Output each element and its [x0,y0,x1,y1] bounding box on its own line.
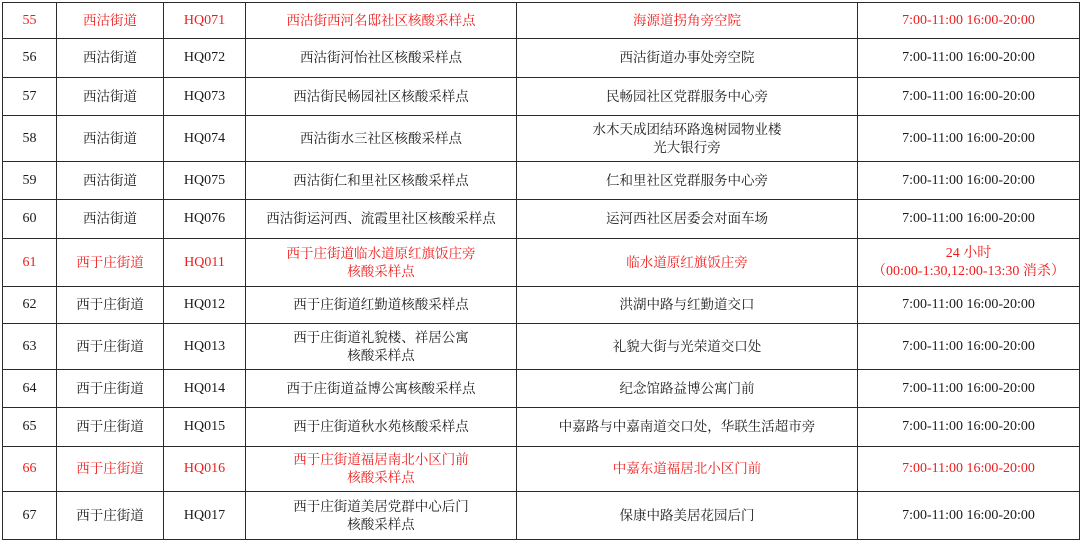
street-name-text: 西沽街道 [83,13,137,29]
service-hours-line: 7:00-11:00 16:00-20:00 [860,507,1077,525]
site-name: 西沽街仁和里社区核酸采样点 [246,162,517,200]
site-code: HQ074 [164,116,246,162]
street-name: 西沽街道 [57,78,164,116]
site-address: 水木天成团结环路逸树园物业楼光大银行旁 [517,116,858,162]
site-address-line: 仁和里社区党群服务中心旁 [519,172,855,190]
site-address: 运河西社区居委会对面车场 [517,200,858,239]
row-number-text: 62 [23,297,37,312]
site-address-line: 礼貌大街与光荣道交口处 [519,338,855,356]
site-code: HQ071 [164,3,246,39]
service-hours-line: 7:00-11:00 16:00-20:00 [860,130,1077,148]
service-hours: 24 小时（00:00-1:30,12:00-13:30 消杀） [858,239,1080,287]
row-number: 62 [3,287,57,324]
service-hours-line: 24 小时 [860,245,1077,263]
street-name: 西于庄街道 [57,370,164,408]
service-hours-line: 7:00-11:00 16:00-20:00 [860,418,1077,436]
site-address-line: 民畅园社区党群服务中心旁 [519,88,855,106]
service-hours-line: 7:00-11:00 16:00-20:00 [860,12,1077,30]
row-number-text: 63 [23,339,37,354]
site-code: HQ012 [164,287,246,324]
site-name-line: 西于庄街道美居党群中心后门 [248,498,514,516]
site-name-line: 西沽街水三社区核酸采样点 [248,130,514,148]
service-hours: 7:00-11:00 16:00-20:00 [858,39,1080,78]
site-name-line: 西沽街河怡社区核酸采样点 [248,49,514,67]
table-row: 59 西沽街道 HQ075 西沽街仁和里社区核酸采样点 仁和里社区党群服务中心旁… [3,162,1080,200]
service-hours: 7:00-11:00 16:00-20:00 [858,200,1080,239]
street-name-text: 西于庄街道 [76,508,144,524]
row-number-text: 59 [23,173,37,188]
service-hours-line: 7:00-11:00 16:00-20:00 [860,88,1077,106]
row-number: 60 [3,200,57,239]
site-address-line: 纪念馆路益博公寓门前 [519,380,855,398]
site-address: 保康中路美居花园后门 [517,492,858,540]
site-address: 中嘉路与中嘉南道交口处，华联生活超市旁 [517,408,858,447]
site-code-text: HQ015 [184,419,225,434]
table-row: 64 西于庄街道 HQ014 西于庄街道益博公寓核酸采样点 纪念馆路益博公寓门前… [3,370,1080,408]
site-name-line: 西于庄街道临水道原红旗饭庄旁 [248,245,514,263]
service-hours: 7:00-11:00 16:00-20:00 [858,324,1080,370]
table-row: 66 西于庄街道 HQ016 西于庄街道福居南北小区门前核酸采样点 中嘉东道福居… [3,447,1080,492]
row-number-text: 66 [23,461,37,476]
row-number-text: 67 [23,508,37,523]
site-address-line: 中嘉东道福居北小区门前 [519,460,855,478]
site-name: 西沽街西河名邸社区核酸采样点 [246,3,517,39]
site-code-text: HQ012 [184,297,225,312]
site-code: HQ011 [164,239,246,287]
site-name-line: 核酸采样点 [248,469,514,487]
table-row: 56 西沽街道 HQ072 西沽街河怡社区核酸采样点 西沽街道办事处旁空院 7:… [3,39,1080,78]
street-name: 西于庄街道 [57,408,164,447]
site-code: HQ076 [164,200,246,239]
site-name: 西沽街河怡社区核酸采样点 [246,39,517,78]
street-name: 西沽街道 [57,3,164,39]
site-name-line: 西于庄街道福居南北小区门前 [248,451,514,469]
site-code: HQ073 [164,78,246,116]
site-code-text: HQ071 [184,13,225,28]
row-number: 66 [3,447,57,492]
service-hours-line: 7:00-11:00 16:00-20:00 [860,172,1077,190]
table-row: 57 西沽街道 HQ073 西沽街民畅园社区核酸采样点 民畅园社区党群服务中心旁… [3,78,1080,116]
street-name: 西于庄街道 [57,492,164,540]
street-name: 西沽街道 [57,200,164,239]
site-code: HQ016 [164,447,246,492]
site-name-line: 西于庄街道益博公寓核酸采样点 [248,380,514,398]
row-number-text: 60 [23,211,37,226]
site-name-line: 核酸采样点 [248,347,514,365]
service-hours-line: 7:00-11:00 16:00-20:00 [860,338,1077,356]
service-hours-line: 7:00-11:00 16:00-20:00 [860,296,1077,314]
service-hours-line: 7:00-11:00 16:00-20:00 [860,460,1077,478]
row-number: 64 [3,370,57,408]
site-code-text: HQ016 [184,461,225,476]
table-row: 67 西于庄街道 HQ017 西于庄街道美居党群中心后门核酸采样点 保康中路美居… [3,492,1080,540]
service-hours: 7:00-11:00 16:00-20:00 [858,162,1080,200]
site-name: 西沽街水三社区核酸采样点 [246,116,517,162]
table-row: 65 西于庄街道 HQ015 西于庄街道秋水苑核酸采样点 中嘉路与中嘉南道交口处… [3,408,1080,447]
street-name-text: 西沽街道 [83,50,137,66]
row-number-text: 61 [23,255,37,270]
site-address-line: 保康中路美居花园后门 [519,507,855,525]
site-code-text: HQ073 [184,89,225,104]
site-name-line: 西沽街仁和里社区核酸采样点 [248,172,514,190]
row-number: 67 [3,492,57,540]
site-address: 临水道原红旗饭庄旁 [517,239,858,287]
site-name: 西于庄街道秋水苑核酸采样点 [246,408,517,447]
site-code: HQ014 [164,370,246,408]
street-name: 西沽街道 [57,116,164,162]
site-address: 仁和里社区党群服务中心旁 [517,162,858,200]
row-number-text: 58 [23,131,37,146]
site-address-line: 光大银行旁 [519,139,855,157]
row-number: 59 [3,162,57,200]
site-name: 西于庄街道红勤道核酸采样点 [246,287,517,324]
site-name-line: 西沽街西河名邸社区核酸采样点 [248,12,514,30]
site-name: 西于庄街道益博公寓核酸采样点 [246,370,517,408]
site-code-text: HQ074 [184,131,225,146]
service-hours-line: （00:00-1:30,12:00-13:30 消杀） [860,263,1077,281]
site-code: HQ013 [164,324,246,370]
service-hours: 7:00-11:00 16:00-20:00 [858,492,1080,540]
site-address: 纪念馆路益博公寓门前 [517,370,858,408]
site-address: 民畅园社区党群服务中心旁 [517,78,858,116]
site-code-text: HQ076 [184,211,225,226]
street-name: 西沽街道 [57,39,164,78]
site-code-text: HQ017 [184,508,225,523]
site-address: 西沽街道办事处旁空院 [517,39,858,78]
street-name-text: 西沽街道 [83,131,137,147]
street-name-text: 西于庄街道 [76,339,144,355]
site-address-line: 临水道原红旗饭庄旁 [519,254,855,272]
site-name-line: 西沽街民畅园社区核酸采样点 [248,88,514,106]
street-name-text: 西于庄街道 [76,297,144,313]
site-code-text: HQ011 [184,255,225,270]
service-hours-line: 7:00-11:00 16:00-20:00 [860,49,1077,67]
site-name-line: 西于庄街道秋水苑核酸采样点 [248,418,514,436]
service-hours-line: 7:00-11:00 16:00-20:00 [860,380,1077,398]
row-number: 56 [3,39,57,78]
row-number-text: 56 [23,50,37,65]
row-number: 58 [3,116,57,162]
service-hours: 7:00-11:00 16:00-20:00 [858,370,1080,408]
street-name-text: 西沽街道 [83,89,137,105]
site-name: 西沽街民畅园社区核酸采样点 [246,78,517,116]
row-number: 65 [3,408,57,447]
street-name: 西于庄街道 [57,447,164,492]
site-code-text: HQ013 [184,339,225,354]
site-name-line: 西于庄街道礼貌楼、祥居公寓 [248,329,514,347]
site-name: 西于庄街道福居南北小区门前核酸采样点 [246,447,517,492]
service-hours: 7:00-11:00 16:00-20:00 [858,408,1080,447]
table-row: 58 西沽街道 HQ074 西沽街水三社区核酸采样点 水木天成团结环路逸树园物业… [3,116,1080,162]
table-row: 55 西沽街道 HQ071 西沽街西河名邸社区核酸采样点 海源道拐角旁空院 7:… [3,3,1080,39]
site-name-line: 西于庄街道红勤道核酸采样点 [248,296,514,314]
site-address: 洪湖中路与红勤道交口 [517,287,858,324]
site-address-line: 西沽街道办事处旁空院 [519,49,855,67]
service-hours: 7:00-11:00 16:00-20:00 [858,116,1080,162]
table-body: 55 西沽街道 HQ071 西沽街西河名邸社区核酸采样点 海源道拐角旁空院 7:… [3,3,1080,540]
street-name: 西沽街道 [57,162,164,200]
table-row: 63 西于庄街道 HQ013 西于庄街道礼貌楼、祥居公寓核酸采样点 礼貌大街与光… [3,324,1080,370]
street-name-text: 西沽街道 [83,173,137,189]
row-number: 55 [3,3,57,39]
street-name-text: 西于庄街道 [76,419,144,435]
table-row: 60 西沽街道 HQ076 西沽街运河西、流霞里社区核酸采样点 运河西社区居委会… [3,200,1080,239]
site-name: 西沽街运河西、流霞里社区核酸采样点 [246,200,517,239]
service-hours-line: 7:00-11:00 16:00-20:00 [860,210,1077,228]
street-name: 西于庄街道 [57,324,164,370]
street-name-text: 西于庄街道 [76,461,144,477]
street-name-text: 西沽街道 [83,211,137,227]
site-name: 西于庄街道礼貌楼、祥居公寓核酸采样点 [246,324,517,370]
street-name-text: 西于庄街道 [76,381,144,397]
site-address: 海源道拐角旁空院 [517,3,858,39]
row-number: 61 [3,239,57,287]
row-number: 63 [3,324,57,370]
row-number-text: 55 [23,13,37,28]
site-name: 西于庄街道美居党群中心后门核酸采样点 [246,492,517,540]
site-code: HQ017 [164,492,246,540]
site-code: HQ015 [164,408,246,447]
row-number-text: 65 [23,419,37,434]
street-name: 西于庄街道 [57,287,164,324]
site-name: 西于庄街道临水道原红旗饭庄旁核酸采样点 [246,239,517,287]
site-address-line: 运河西社区居委会对面车场 [519,210,855,228]
site-address-line: 海源道拐角旁空院 [519,12,855,30]
site-name-line: 核酸采样点 [248,263,514,281]
site-address: 礼貌大街与光荣道交口处 [517,324,858,370]
table-row: 62 西于庄街道 HQ012 西于庄街道红勤道核酸采样点 洪湖中路与红勤道交口 … [3,287,1080,324]
site-address: 中嘉东道福居北小区门前 [517,447,858,492]
site-address-line: 洪湖中路与红勤道交口 [519,296,855,314]
site-address-line: 中嘉路与中嘉南道交口处，华联生活超市旁 [519,418,855,436]
sampling-sites-table: 55 西沽街道 HQ071 西沽街西河名邸社区核酸采样点 海源道拐角旁空院 7:… [2,2,1080,540]
service-hours: 7:00-11:00 16:00-20:00 [858,287,1080,324]
service-hours: 7:00-11:00 16:00-20:00 [858,78,1080,116]
site-code: HQ072 [164,39,246,78]
site-code-text: HQ075 [184,173,225,188]
site-code-text: HQ014 [184,381,225,396]
row-number-text: 64 [23,381,37,396]
row-number: 57 [3,78,57,116]
site-code-text: HQ072 [184,50,225,65]
table-row: 61 西于庄街道 HQ011 西于庄街道临水道原红旗饭庄旁核酸采样点 临水道原红… [3,239,1080,287]
street-name: 西于庄街道 [57,239,164,287]
service-hours: 7:00-11:00 16:00-20:00 [858,447,1080,492]
site-address-line: 水木天成团结环路逸树园物业楼 [519,121,855,139]
site-name-line: 核酸采样点 [248,516,514,534]
site-code: HQ075 [164,162,246,200]
row-number-text: 57 [23,89,37,104]
street-name-text: 西于庄街道 [76,255,144,271]
service-hours: 7:00-11:00 16:00-20:00 [858,3,1080,39]
site-name-line: 西沽街运河西、流霞里社区核酸采样点 [248,210,514,228]
